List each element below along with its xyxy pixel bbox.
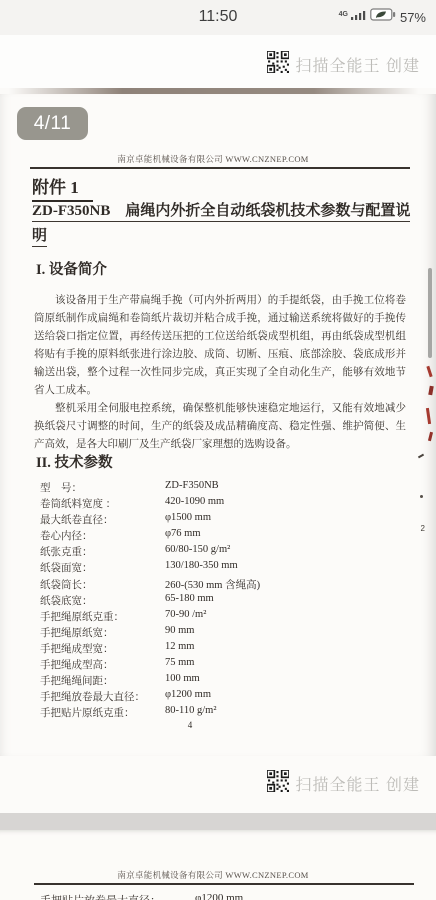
spec-row: 手把绳放卷最大直径： φ1200 mm xyxy=(40,689,406,705)
signal-strength-icon xyxy=(350,8,366,26)
spec-label: 手把绳放卷最大直径： xyxy=(40,689,165,704)
spec-row: 纸袋底宽： 65-180 mm xyxy=(40,593,406,609)
spec-label: 手把绳绳间距： xyxy=(40,673,165,688)
doc-title-line1: ZD-F350NB 扁绳内外折全自动纸袋机技术参数与配置说 xyxy=(32,199,410,222)
spec-row: 手把绳原纸宽： 90 mm xyxy=(40,625,406,641)
paragraph: 整机采用全伺服电控系统，确保整机能够快速稳定地运行，又能有效地减少换纸袋尺寸调整… xyxy=(34,400,406,454)
spec-value: 130/180-350 mm xyxy=(165,560,238,571)
watermark-label: 扫描全能王 创建 xyxy=(296,772,420,795)
spec-value: 60/80-150 g/m² xyxy=(165,544,230,555)
spec-value: 90 mm xyxy=(165,625,194,636)
spec-label: 手把绳成型宽： xyxy=(40,641,165,656)
qr-code-icon xyxy=(267,51,289,78)
spec-label: 纸袋底宽： xyxy=(40,593,165,608)
spec-row: 纸张克重： 60/80-150 g/m² xyxy=(40,544,406,560)
status-bar: 11:50 4G 57% xyxy=(0,0,436,35)
spec-label: 手把绳原纸宽： xyxy=(40,625,165,640)
spec-value: 12 mm xyxy=(165,641,194,652)
document-page[interactable]: 南京卓能机械设备有限公司 WWW.CNZNEP.COM 附件 1 ZD-F350… xyxy=(0,94,436,756)
watermark-label: 扫描全能王 创建 xyxy=(296,53,420,76)
spec-label: 手把绳成型高： xyxy=(40,657,165,672)
qr-code-icon xyxy=(267,770,289,797)
header-rule xyxy=(34,883,414,885)
spec-row: 手把贴片原纸克重： 80-110 g/m² xyxy=(40,705,406,721)
spec-label: 卷筒纸料宽度 ： xyxy=(40,496,165,511)
spec-value: φ76 mm xyxy=(165,528,201,539)
watermark-strip-top: 扫描全能王 创建 xyxy=(0,35,436,88)
spec-row: 手把贴片放卷最大直径： φ1200 mm xyxy=(40,892,406,900)
attachment-title: 附件 1 xyxy=(32,173,93,202)
spec-row: 卷筒纸料宽度 ： 420-1090 mm xyxy=(40,496,406,512)
spec-label: 纸袋面宽： xyxy=(40,560,165,575)
scan-artifact: 2 xyxy=(421,524,425,533)
battery-percent-label: 57% xyxy=(400,10,426,25)
spec-value: 75 mm xyxy=(165,657,194,668)
spec-label: 纸张克重： xyxy=(40,544,165,559)
spec-row: 手把绳成型高： 75 mm xyxy=(40,657,406,673)
spec-label: 手把贴片原纸克重： xyxy=(40,705,165,720)
next-document-page[interactable]: 南京卓能机械设备有限公司 WWW.CNZNEP.COM 手把贴片放卷最大直径： … xyxy=(0,830,436,900)
battery-power-saving-icon xyxy=(370,8,396,26)
spec-value: φ1500 mm xyxy=(165,512,211,523)
paragraph: 该设备用于生产带扁绳手挽（可内外折两用）的手提纸袋，由手挽工位将卷筒原纸制作成扁… xyxy=(34,292,406,400)
spec-row: 纸袋面宽： 130/180-350 mm xyxy=(40,560,406,576)
spec-value: 260-(530 mm 含绳高) xyxy=(165,577,260,592)
spec-row: 手把绳原纸克重： 70-90 /m² xyxy=(40,609,406,625)
spec-value: ZD-F350NB xyxy=(165,480,219,491)
doc-title-line2: 明 xyxy=(32,224,47,247)
spec-value: 80-110 g/m² xyxy=(165,705,216,716)
spec-value: 65-180 mm xyxy=(165,593,214,604)
spec-row: 手把绳绳间距： 100 mm xyxy=(40,673,406,689)
network-type-label: 4G xyxy=(339,11,348,18)
spec-value: 70-90 /m² xyxy=(165,609,206,620)
status-icons: 4G 57% xyxy=(339,8,426,26)
spec-label: 纸袋筒长： xyxy=(40,577,165,592)
spec-label: 型 号： xyxy=(40,480,165,495)
company-header: 南京卓能机械设备有限公司 WWW.CNZNEP.COM xyxy=(0,869,426,881)
spec-value: φ1200 mm xyxy=(165,689,211,700)
company-header: 南京卓能机械设备有限公司 WWW.CNZNEP.COM xyxy=(0,153,426,165)
spec-value: 420-1090 mm xyxy=(165,496,224,507)
spec-value: 100 mm xyxy=(165,673,200,684)
section1-heading: I. 设备简介 xyxy=(36,258,107,279)
spec-row: 纸袋筒长： 260-(530 mm 含绳高) xyxy=(40,577,406,593)
spec-table: 型 号： ZD-F350NB 卷筒纸料宽度 ： 420-1090 mm 最大纸卷… xyxy=(40,480,406,721)
spec-row: 最大纸卷直径： φ1500 mm xyxy=(40,512,406,528)
spec-label: 手把贴片放卷最大直径： xyxy=(40,892,195,900)
spec-label: 最大纸卷直径： xyxy=(40,512,165,527)
header-rule xyxy=(30,167,410,169)
spec-label: 手把绳原纸克重： xyxy=(40,609,165,624)
spec-value: φ1200 mm xyxy=(195,892,243,900)
section2-heading: II. 技术参数 xyxy=(36,451,113,472)
spec-label: 卷心内径： xyxy=(40,528,165,543)
scan-artifact xyxy=(420,495,423,498)
intro-paragraphs: 该设备用于生产带扁绳手挽（可内外折两用）的手提纸袋，由手挽工位将卷筒原纸制作成扁… xyxy=(34,292,406,454)
spec-row: 卷心内径： φ76 mm xyxy=(40,528,406,544)
watermark-strip-bottom: 扫描全能王 创建 xyxy=(0,756,436,813)
page-divider xyxy=(0,813,436,830)
spec-row: 手把绳成型宽： 12 mm xyxy=(40,641,406,657)
page-number: 4 xyxy=(0,720,380,730)
spec-row: 型 号： ZD-F350NB xyxy=(40,480,406,496)
scrollbar[interactable] xyxy=(428,268,432,358)
page-indicator-badge: 4/11 xyxy=(17,107,88,140)
app-screen: 11:50 4G 57% xyxy=(0,0,436,900)
